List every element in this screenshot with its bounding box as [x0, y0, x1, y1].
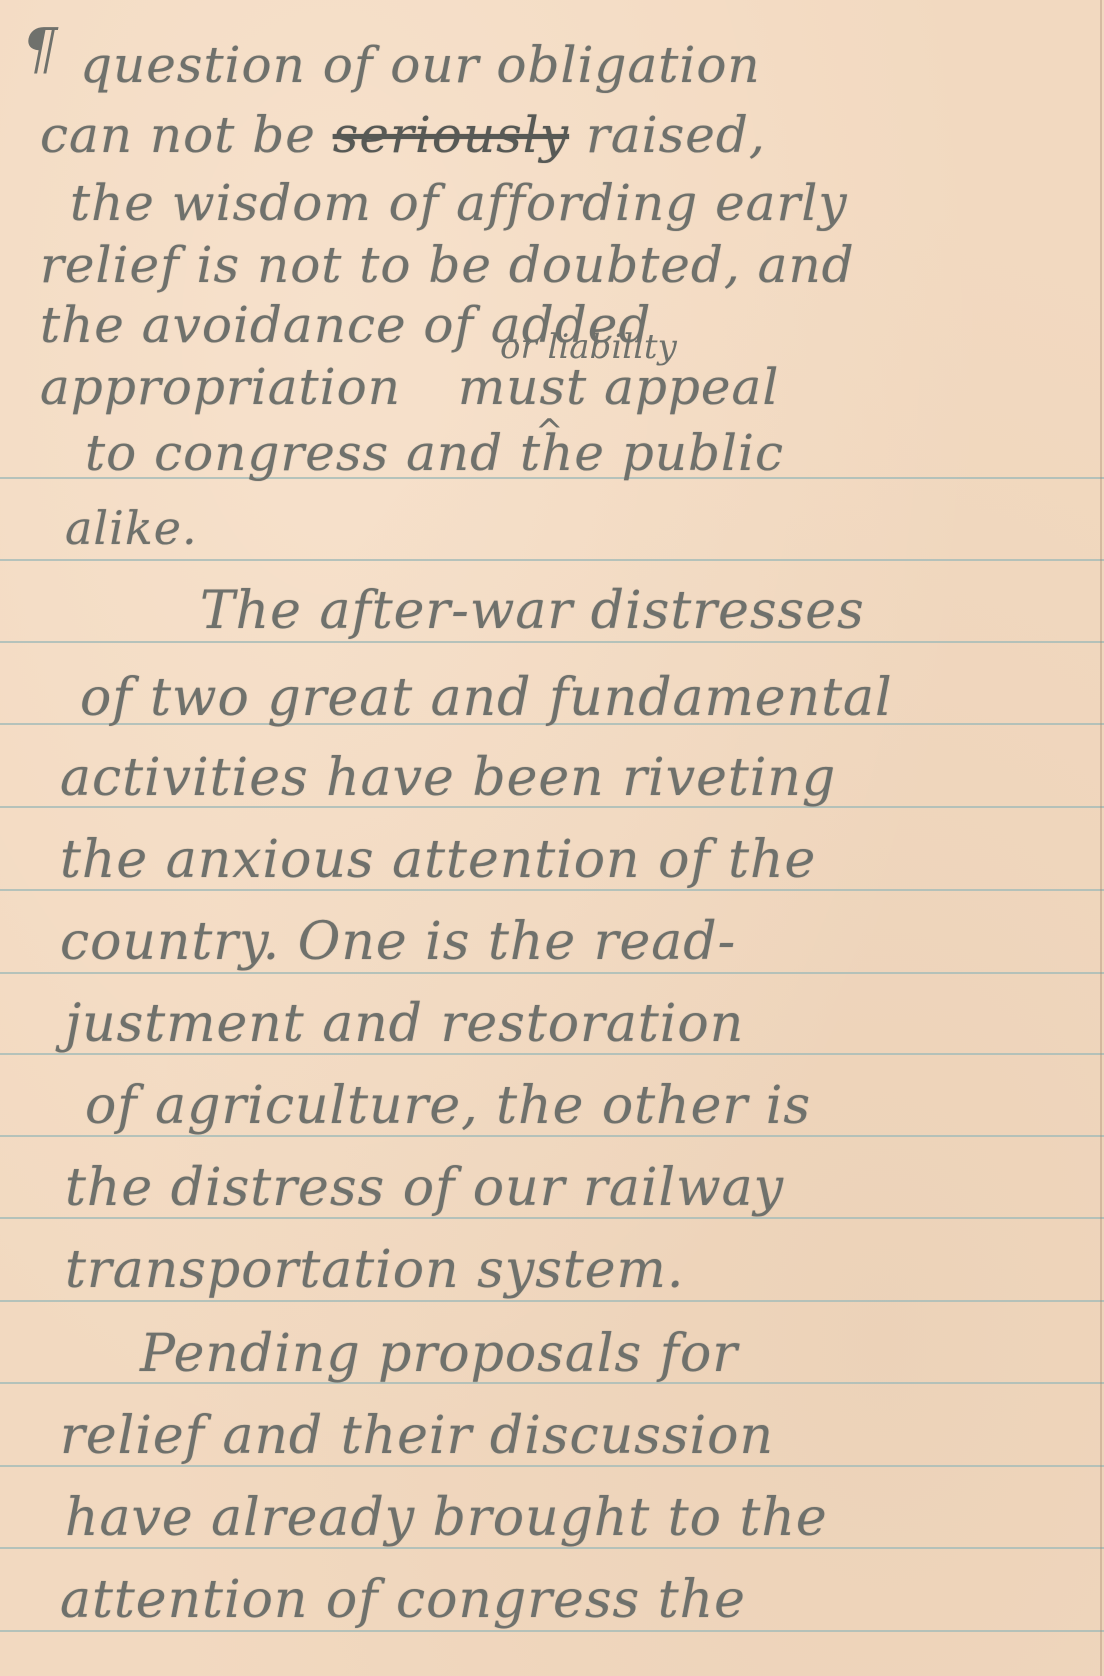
struck-word: seriously	[333, 106, 569, 164]
text-line-16: the distress of our railway	[65, 1162, 784, 1214]
text-line-1: question of our obligation	[80, 40, 761, 90]
text-line-21: attention of congress the	[60, 1574, 746, 1626]
text-line-19: relief and their discussion	[60, 1410, 774, 1462]
ruled-line	[0, 559, 1104, 561]
text-line-11: activities have been riveting	[60, 752, 836, 804]
text-line-12: the anxious attention of the	[60, 834, 816, 886]
text-line-10: of two great and fundamental	[80, 672, 893, 724]
text-line-13: country. One is the read-	[60, 916, 736, 968]
text-line-7: to congress and the public	[85, 428, 784, 478]
ruled-line	[0, 641, 1104, 643]
text-line-14: justment and restoration	[65, 998, 744, 1050]
text-line-3: the wisdom of affording early	[70, 178, 848, 228]
text-line-9: The after-war distresses	[200, 585, 865, 637]
text-line-20: have already brought to the	[65, 1492, 828, 1544]
ruled-line	[0, 972, 1104, 974]
text-line-18: Pending proposals for	[140, 1328, 738, 1380]
text-line-4: relief is not to be doubted, and	[40, 240, 855, 290]
text-line-2: can not be seriously raised,	[40, 110, 766, 160]
ruled-line	[0, 1630, 1104, 1632]
text-line-17: transportation system.	[65, 1244, 684, 1296]
text-line-15: of agriculture, the other is	[85, 1080, 811, 1132]
paragraph-mark: ¶	[22, 22, 58, 78]
paper-edge	[1100, 0, 1102, 1676]
text-line-8: alike.	[65, 505, 198, 551]
manuscript-page: ¶ question of our obligation can not be …	[0, 0, 1104, 1676]
text-line-6: appropriation must appeal	[40, 362, 779, 412]
ruled-line	[0, 1300, 1104, 1302]
